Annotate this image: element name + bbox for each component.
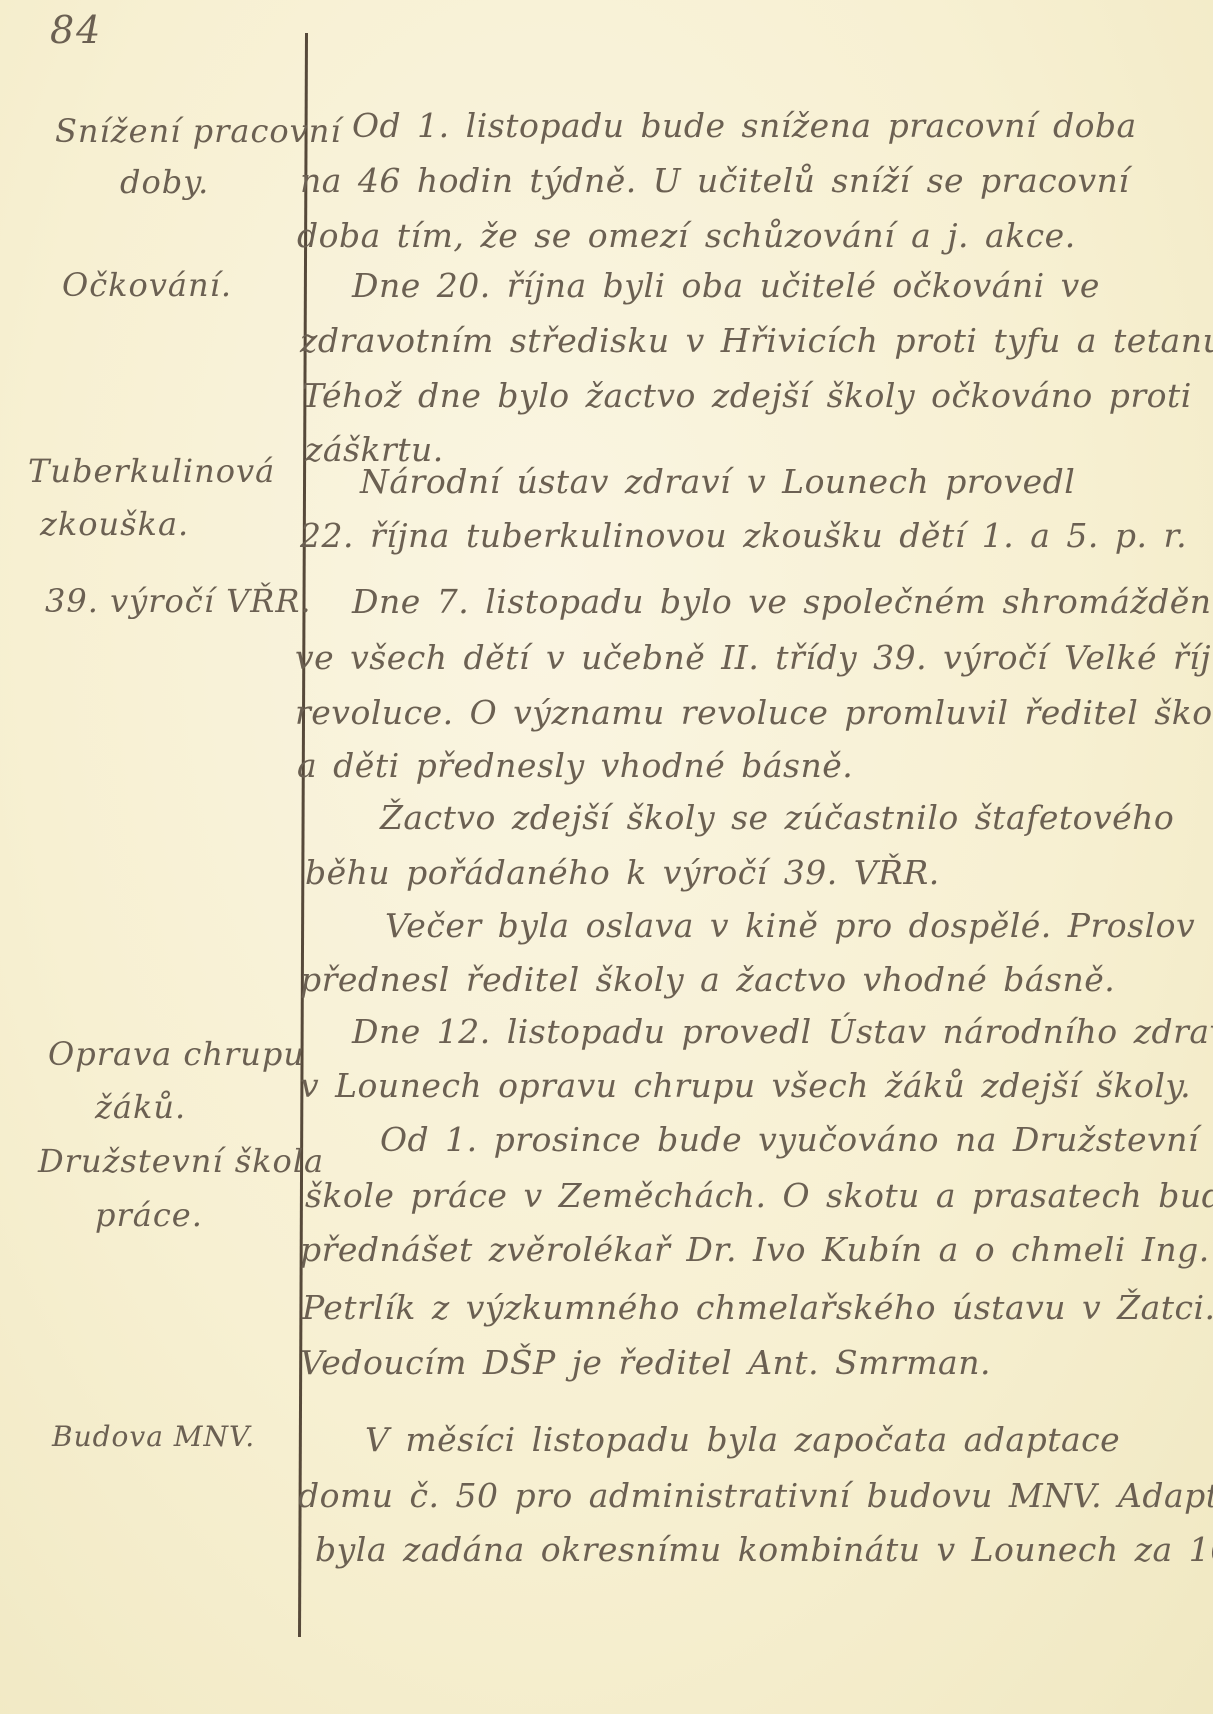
body-line: na 46 hodin týdně. U učitelů sníží se pr…	[300, 161, 1129, 200]
body-line: doba tím, že se omezí schůzování a j. ak…	[297, 216, 1076, 255]
body-line: 22. října tuberkulinovou zkoušku dětí 1.…	[300, 516, 1187, 555]
body-line: Vedoucím DŠP je ředitel Ant. Smrman.	[300, 1343, 991, 1382]
body-line: Od 1. prosince bude vyučováno na Družste…	[380, 1120, 1199, 1159]
body-line: domu č. 50 pro administrativní budovu MN…	[298, 1476, 1213, 1515]
body-line: Petrlík z výzkumného chmelařského ústavu…	[302, 1288, 1213, 1327]
margin-heading-line: Družstevní škola	[38, 1142, 324, 1180]
chronicle-page: 84 Snížení pracovní doby. Očkování. Tube…	[0, 0, 1213, 1714]
body-line: přednášet zvěrolékař Dr. Ivo Kubín a o c…	[300, 1230, 1213, 1269]
body-line: Večer byla oslava v kině pro dospělé. Pr…	[385, 906, 1195, 945]
body-line: Žactvo zdejší školy se zúčastnilo štafet…	[380, 798, 1174, 837]
body-line: běhu pořádaného k výročí 39. VŘR.	[305, 853, 940, 892]
body-line: škole práce v Zeměchách. O skotu a prasa…	[305, 1176, 1213, 1215]
margin-heading-line: zkouška.	[40, 505, 189, 543]
body-line: v Lounech opravu chrupu všech žáků zdejš…	[300, 1066, 1191, 1105]
body-line: byla zadána okresnímu kombinátu v Lounec…	[315, 1530, 1213, 1569]
body-line: Dne 20. října byli oba učitelé očkováni …	[352, 266, 1100, 305]
body-line: a děti přednesly vhodné básně.	[297, 746, 853, 785]
body-line: Dne 7. listopadu bylo ve společném shrom…	[352, 582, 1213, 621]
body-line: ve všech dětí v učebně II. třídy 39. výr…	[295, 638, 1213, 677]
page-number: 84	[50, 8, 102, 52]
margin-heading-line: Oprava chrupu	[48, 1035, 305, 1073]
margin-heading-line: doby.	[120, 163, 209, 201]
margin-heading-line: Budova MNV.	[52, 1420, 255, 1453]
margin-heading-line: práce.	[95, 1196, 203, 1234]
margin-heading-line: 39. výročí VŘR.	[45, 582, 312, 620]
body-line: Téhož dne bylo žactvo zdejší školy očkov…	[302, 376, 1192, 415]
body-line: přednesl ředitel školy a žactvo vhodné b…	[300, 960, 1115, 999]
body-line: revoluce. O významu revoluce promluvil ř…	[295, 693, 1213, 732]
margin-rule	[298, 33, 308, 1637]
body-line: Národní ústav zdraví v Lounech provedl	[360, 462, 1075, 501]
body-line: Od 1. listopadu bude snížena pracovní do…	[352, 106, 1137, 145]
margin-heading-line: Tuberkulinová	[28, 452, 275, 490]
body-line: V měsíci listopadu byla započata adaptac…	[365, 1420, 1120, 1459]
margin-heading-line: Snížení pracovní	[55, 112, 342, 150]
body-line: Dne 12. listopadu provedl Ústav národníh…	[352, 1012, 1213, 1051]
margin-heading-line: žáků.	[95, 1088, 186, 1126]
margin-heading-line: Očkování.	[62, 266, 232, 304]
body-line: zdravotním středisku v Hřivicích proti t…	[300, 321, 1213, 360]
